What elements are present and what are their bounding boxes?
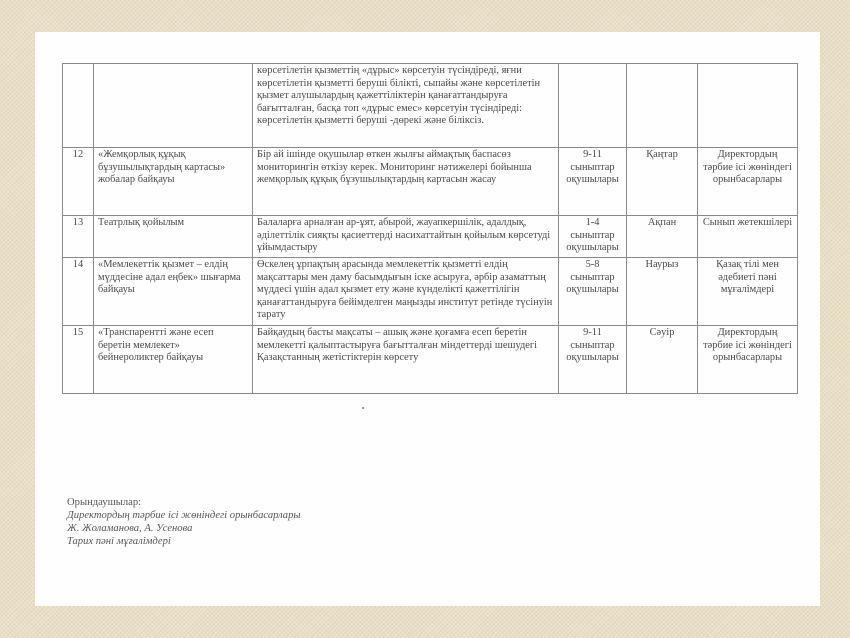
performers-line: Ж. Жоламанова, А. Усенова bbox=[67, 522, 301, 535]
event-description: Балаларға арналған ар-ұят, абырой, жауап… bbox=[253, 216, 559, 258]
event-responsible: Директордың тәрбие ісі жөніндегі орынбас… bbox=[698, 326, 798, 394]
event-participants bbox=[559, 64, 627, 148]
event-date: Сәуір bbox=[627, 326, 698, 394]
event-name: «Мемлекеттік қызмет – елдің мүддесіне ад… bbox=[94, 258, 253, 326]
event-date: Ақпан bbox=[627, 216, 698, 258]
event-responsible: Сынып жетекшілері bbox=[698, 216, 798, 258]
table-row: 12 «Жемқорлық құқық бұзушылықтардың карт… bbox=[63, 148, 798, 216]
performers-label: Орындаушылар: bbox=[67, 496, 301, 509]
performers-line: Директордың тәрбие ісі жөніндегі орынбас… bbox=[67, 509, 301, 522]
event-description: Бір ай ішінде оқушылар өткен жылғы аймақ… bbox=[253, 148, 559, 216]
performers-block: Орындаушылар: Директордың тәрбие ісі жөн… bbox=[67, 496, 301, 548]
row-number bbox=[63, 64, 94, 148]
event-name: «Жемқорлық құқық бұзушылықтардың картасы… bbox=[94, 148, 253, 216]
event-participants: 9-11 сыныптар оқушылары bbox=[559, 326, 627, 394]
event-description: Өскелең ұрпақтың арасында мемлекеттік қы… bbox=[253, 258, 559, 326]
event-participants: 1-4 сыныптар оқушылары bbox=[559, 216, 627, 258]
row-number: 15 bbox=[63, 326, 94, 394]
event-responsible bbox=[698, 64, 798, 148]
event-responsible: Директордың тәрбие ісі жөніндегі орынбас… bbox=[698, 148, 798, 216]
events-plan-table: көрсетілетін қызметтің «дұрыс» көрсетуін… bbox=[62, 63, 798, 394]
event-date: Наурыз bbox=[627, 258, 698, 326]
event-date bbox=[627, 64, 698, 148]
table-row: 15 «Транспарентті және есеп беретін мемл… bbox=[63, 326, 798, 394]
event-description: Байқаудың басты мақсаты – ашық және қоға… bbox=[253, 326, 559, 394]
event-date: Қаңтар bbox=[627, 148, 698, 216]
event-name bbox=[94, 64, 253, 148]
event-description: көрсетілетін қызметтің «дұрыс» көрсетуін… bbox=[253, 64, 559, 148]
table-row: көрсетілетін қызметтің «дұрыс» көрсетуін… bbox=[63, 64, 798, 148]
document-page: көрсетілетін қызметтің «дұрыс» көрсетуін… bbox=[35, 32, 820, 606]
event-name: «Транспарентті және есеп беретін мемлеке… bbox=[94, 326, 253, 394]
event-responsible: Қазақ тілі мен әдебиеті пәні мұғалімдері bbox=[698, 258, 798, 326]
table-row: 14 «Мемлекеттік қызмет – елдің мүддесіне… bbox=[63, 258, 798, 326]
event-participants: 5-8 сыныптар оқушылары bbox=[559, 258, 627, 326]
event-name: Театрлық қойылым bbox=[94, 216, 253, 258]
row-number: 13 bbox=[63, 216, 94, 258]
event-participants: 9-11 сыныптар оқушылары bbox=[559, 148, 627, 216]
scan-speck bbox=[362, 407, 364, 409]
table-row: 13 Театрлық қойылым Балаларға арналған а… bbox=[63, 216, 798, 258]
row-number: 12 bbox=[63, 148, 94, 216]
performers-line: Тарих пәні мұғалімдері bbox=[67, 535, 301, 548]
row-number: 14 bbox=[63, 258, 94, 326]
